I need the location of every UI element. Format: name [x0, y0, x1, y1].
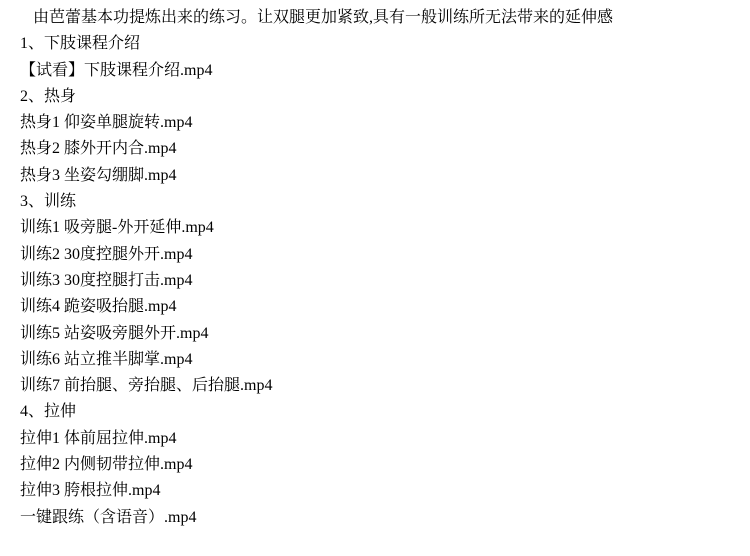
- video-item: 训练3 30度控腿打击.mp4: [20, 268, 730, 294]
- video-item: 热身2 膝外开内合.mp4: [20, 136, 730, 162]
- video-item: 训练2 30度控腿外开.mp4: [20, 242, 730, 268]
- video-item: 训练5 站姿吸旁腿外开.mp4: [20, 321, 730, 347]
- course-section: 2、热身 热身1 仰姿单腿旋转.mp4 热身2 膝外开内合.mp4 热身3 坐姿…: [20, 84, 730, 189]
- course-outline-document: 由芭蕾基本功提炼出来的练习。让双腿更加紧致,具有一般训练所无法带来的延伸感 1、…: [0, 0, 750, 556]
- video-item: 拉伸2 内侧韧带拉伸.mp4: [20, 452, 730, 478]
- video-item: 拉伸3 胯根拉伸.mp4: [20, 478, 730, 504]
- video-item: 训练6 站立推半脚掌.mp4: [20, 347, 730, 373]
- section-heading: 4、拉伸: [20, 399, 730, 425]
- course-section: 3、训练 训练1 吸旁腿-外开延伸.mp4 训练2 30度控腿外开.mp4 训练…: [20, 189, 730, 399]
- video-item: 热身1 仰姿单腿旋转.mp4: [20, 110, 730, 136]
- section-heading: 1、下肢课程介绍: [20, 31, 730, 57]
- course-section: 4、拉伸 拉伸1 体前屈拉伸.mp4 拉伸2 内侧韧带拉伸.mp4 拉伸3 胯根…: [20, 399, 730, 530]
- video-item: 【试看】下肢课程介绍.mp4: [20, 58, 730, 84]
- video-item: 一键跟练（含语音）.mp4: [20, 505, 730, 531]
- video-item: 拉伸1 体前屈拉伸.mp4: [20, 426, 730, 452]
- course-section: 1、下肢课程介绍 【试看】下肢课程介绍.mp4: [20, 31, 730, 84]
- course-intro-text: 由芭蕾基本功提炼出来的练习。让双腿更加紧致,具有一般训练所无法带来的延伸感: [20, 5, 730, 31]
- section-heading: 2、热身: [20, 84, 730, 110]
- video-item: 训练1 吸旁腿-外开延伸.mp4: [20, 215, 730, 241]
- video-item: 热身3 坐姿勾绷脚.mp4: [20, 163, 730, 189]
- video-item: 训练7 前抬腿、旁抬腿、后抬腿.mp4: [20, 373, 730, 399]
- video-item: 训练4 跪姿吸抬腿.mp4: [20, 294, 730, 320]
- section-heading: 3、训练: [20, 189, 730, 215]
- course-sections: 1、下肢课程介绍 【试看】下肢课程介绍.mp4 2、热身 热身1 仰姿单腿旋转.…: [20, 31, 730, 531]
